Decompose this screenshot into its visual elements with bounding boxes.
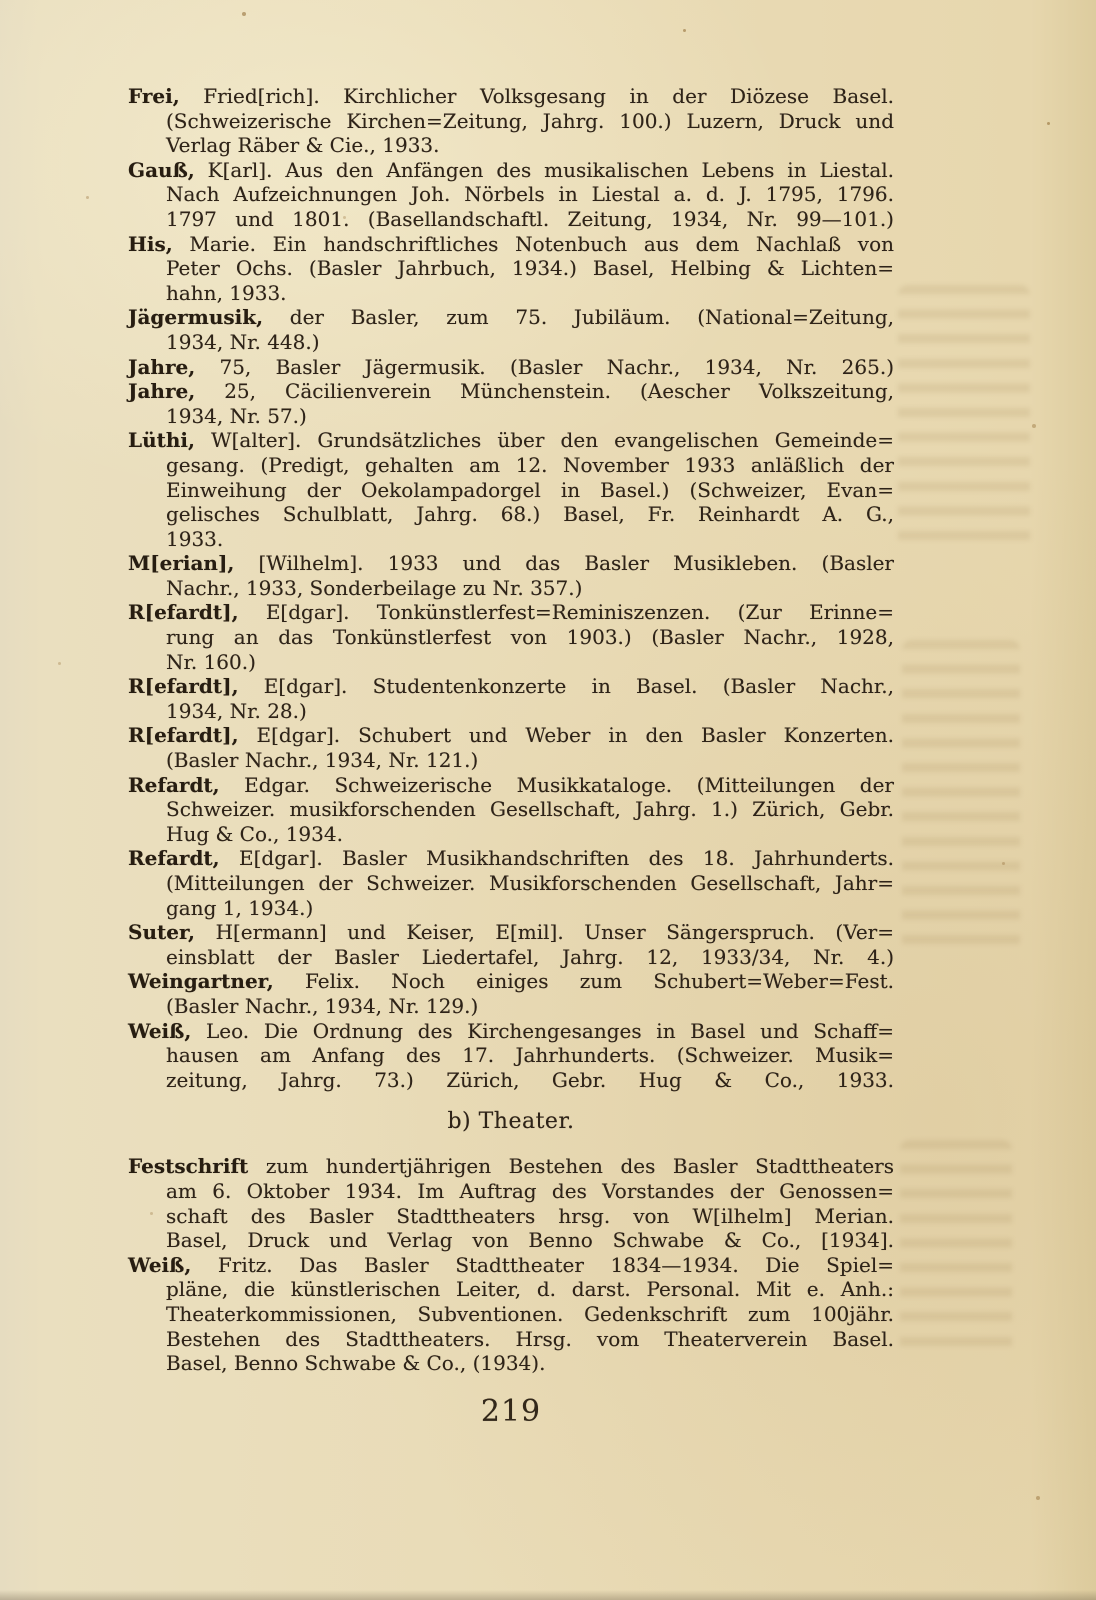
entry-author-lead: Refardt, [128, 773, 220, 797]
entry-line: Suter, H[ermann] und Keiser, E[mil]. Uns… [128, 920, 894, 945]
entry-author-lead: Weiß, [128, 1253, 191, 1277]
bibliography-entry: Festschrift zum hundertjährigen Bestehen… [128, 1154, 894, 1252]
bibliography-entry: M[erian], [Wilhelm]. 1933 und das Basler… [128, 551, 894, 600]
entry-line: Nach Aufzeichnungen Joh. Nörbels in Lies… [128, 182, 894, 207]
entry-line: (Basler Nachr., 1934, Nr. 121.) [128, 748, 894, 773]
entry-author-lead: Gauß, [128, 158, 195, 182]
bibliography-entry: Weingartner, Felix. Noch einiges zum Sch… [128, 969, 894, 1018]
entry-line: Refardt, Edgar. Schweizerische Musikkata… [128, 773, 894, 798]
entry-line: 1934, Nr. 28.) [128, 699, 894, 724]
bibliography-entry: Weiß, Fritz. Das Basler Stadttheater 183… [128, 1253, 894, 1376]
show-through-smudge [902, 640, 1020, 950]
entry-author-lead: Weiß, [128, 1019, 191, 1043]
bibliography-entry: Jägermusik, der Basler, zum 75. Jubiläum… [128, 305, 894, 354]
entry-author-lead: Jahre, [128, 379, 195, 403]
paper-speck [58, 662, 61, 665]
section-heading: b) Theater. [128, 1109, 894, 1135]
entry-line: 1797 und 1801. (Basellandschaftl. Zeitun… [128, 207, 894, 232]
entry-line: gelisches Schulblatt, Jahrg. 68.) Basel,… [128, 502, 894, 527]
entry-line: Jägermusik, der Basler, zum 75. Jubiläum… [128, 305, 894, 330]
entry-line: Nachr., 1933, Sonderbeilage zu Nr. 357.) [128, 576, 894, 601]
entry-author-lead: Frei, [128, 84, 180, 108]
entry-line: Theaterkommissionen, Subventionen. Geden… [128, 1302, 894, 1327]
bibliography-entry: Weiß, Leo. Die Ordnung des Kirchengesang… [128, 1019, 894, 1093]
bibliography-entry: Gauß, K[arl]. Aus den Anfängen des musik… [128, 158, 894, 232]
entry-line: (Mitteilungen der Schweizer. Musikforsch… [128, 871, 894, 896]
entry-line: gesang. (Predigt, gehalten am 12. Novemb… [128, 453, 894, 478]
scanned-page: Frei, Fried[rich]. Kirchlicher Volksgesa… [0, 0, 1096, 1600]
paper-speck [86, 196, 89, 199]
entry-line: R[efardt], E[dgar]. Studentenkonzerte in… [128, 674, 894, 699]
bibliography-entry: Jahre, 75, Basler Jägermusik. (Basler Na… [128, 355, 894, 380]
entry-line: Verlag Räber & Cie., 1933. [128, 133, 894, 158]
bibliography-entry: R[efardt], E[dgar]. Tonkünstlerfest=Remi… [128, 600, 894, 674]
entry-line: Nr. 160.) [128, 650, 894, 675]
music-bibliography-section: Frei, Fried[rich]. Kirchlicher Volksgesa… [128, 84, 894, 1092]
entry-line: 1933. [128, 527, 894, 552]
paper-speck [1047, 122, 1050, 125]
entry-line: Basel, Druck und Verlag von Benno Schwab… [128, 1228, 894, 1253]
paper-speck [683, 29, 686, 32]
entry-author-lead: R[efardt], [128, 674, 239, 698]
entry-line: R[efardt], E[dgar]. Schubert und Weber i… [128, 723, 894, 748]
entry-line: Gauß, K[arl]. Aus den Anfängen des musik… [128, 158, 894, 183]
entry-line: einsblatt der Basler Liedertafel, Jahrg.… [128, 945, 894, 970]
bibliography-entry: Lüthi, W[alter]. Grundsätzliches über de… [128, 428, 894, 551]
entry-line: Hug & Co., 1934. [128, 822, 894, 847]
entry-line: Einweihung der Oekolampadorgel in Basel.… [128, 478, 894, 503]
entry-line: 1934, Nr. 448.) [128, 330, 894, 355]
entry-line: R[efardt], E[dgar]. Tonkünstlerfest=Remi… [128, 600, 894, 625]
entry-author-lead: R[efardt], [128, 600, 239, 624]
bibliography-entry: Suter, H[ermann] und Keiser, E[mil]. Uns… [128, 920, 894, 969]
paper-speck [1032, 424, 1036, 428]
theater-bibliography-section: Festschrift zum hundertjährigen Bestehen… [128, 1154, 894, 1375]
entry-line: hahn, 1933. [128, 281, 894, 306]
bibliography-entry: His, Marie. Ein handschriftliches Notenb… [128, 232, 894, 306]
entry-line: Frei, Fried[rich]. Kirchlicher Volksgesa… [128, 84, 894, 109]
entry-author-lead: M[erian], [128, 551, 234, 575]
entry-line: Weingartner, Felix. Noch einiges zum Sch… [128, 969, 894, 994]
entry-line: gang 1, 1934.) [128, 896, 894, 921]
entry-author-lead: Festschrift [128, 1154, 248, 1178]
entry-line: (Schweizerische Kirchen=Zeitung, Jahrg. … [128, 109, 894, 134]
page-number: 219 [128, 1395, 894, 1429]
entry-line: Schweizer. musikforschenden Gesellschaft… [128, 797, 894, 822]
entry-line: hausen am Anfang des 17. Jahrhunderts. (… [128, 1043, 894, 1068]
entry-line: Festschrift zum hundertjährigen Bestehen… [128, 1154, 894, 1179]
bibliography-entry: Jahre, 25, Cäcilienverein Münchenstein. … [128, 379, 894, 428]
bibliography-entry: R[efardt], E[dgar]. Schubert und Weber i… [128, 723, 894, 772]
paper-speck [242, 12, 246, 16]
entry-line: Basel, Benno Schwabe & Co., (1934). [128, 1351, 894, 1376]
entry-line: rung an das Tonkünstlerfest von 1903.) (… [128, 625, 894, 650]
entry-author-lead: R[efardt], [128, 723, 239, 747]
entry-line: Weiß, Fritz. Das Basler Stadttheater 183… [128, 1253, 894, 1278]
bibliography-entry: Refardt, Edgar. Schweizerische Musikkata… [128, 773, 894, 847]
entry-author-lead: Jahre, [128, 355, 195, 379]
paper-speck [1036, 1496, 1040, 1500]
entry-author-lead: Lüthi, [128, 428, 195, 452]
entry-author-lead: Suter, [128, 920, 195, 944]
entry-author-lead: Jägermusik, [128, 305, 263, 329]
entry-line: pläne, die künstlerischen Leiter, d. dar… [128, 1277, 894, 1302]
show-through-smudge [900, 1140, 1012, 1355]
entry-line: His, Marie. Ein handschriftliches Notenb… [128, 232, 894, 257]
entry-line: (Basler Nachr., 1934, Nr. 129.) [128, 994, 894, 1019]
entry-author-lead: Weingartner, [128, 969, 274, 993]
show-through-smudge [898, 285, 1030, 555]
bibliography-entry: Frei, Fried[rich]. Kirchlicher Volksgesa… [128, 84, 894, 158]
entry-line: M[erian], [Wilhelm]. 1933 und das Basler… [128, 551, 894, 576]
bibliography-entry: R[efardt], E[dgar]. Studentenkonzerte in… [128, 674, 894, 723]
paper-speck [1002, 862, 1005, 865]
entry-line: Weiß, Leo. Die Ordnung des Kirchengesang… [128, 1019, 894, 1044]
entry-line: Jahre, 25, Cäcilienverein Münchenstein. … [128, 379, 894, 404]
entry-line: 1934, Nr. 57.) [128, 404, 894, 429]
entry-line: Lüthi, W[alter]. Grundsätzliches über de… [128, 428, 894, 453]
entry-line: zeitung, Jahrg. 73.) Zürich, Gebr. Hug &… [128, 1068, 894, 1093]
entry-line: Bestehen des Stadttheaters. Hrsg. vom Th… [128, 1327, 894, 1352]
entry-author-lead: His, [128, 232, 173, 256]
entry-line: Peter Ochs. (Basler Jahrbuch, 1934.) Bas… [128, 256, 894, 281]
entry-line: Jahre, 75, Basler Jägermusik. (Basler Na… [128, 355, 894, 380]
bibliography: Frei, Fried[rich]. Kirchlicher Volksgesa… [128, 84, 894, 1429]
bibliography-entry: Refardt, E[dgar]. Basler Musikhandschrif… [128, 846, 894, 920]
entry-line: schaft des Basler Stadttheaters hrsg. vo… [128, 1204, 894, 1229]
entry-author-lead: Refardt, [128, 846, 220, 870]
entry-line: am 6. Oktober 1934. Im Auftrag des Vorst… [128, 1179, 894, 1204]
entry-line: Refardt, E[dgar]. Basler Musikhandschrif… [128, 846, 894, 871]
